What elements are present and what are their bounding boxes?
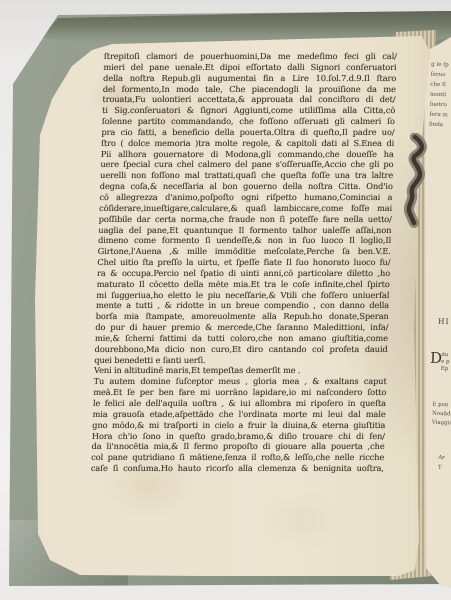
text-line: uerelli non foſſono mal trattati,quaſi c…	[100, 170, 393, 181]
facing-page-heading-fragment: HI	[438, 318, 450, 325]
text-fragment: Ep	[441, 366, 451, 373]
text-line: pra cio fatti, a beneficio della pouerta…	[101, 127, 394, 138]
text-line: da li'nnocētia mia,& Il fermo propoſto d…	[91, 441, 384, 452]
text-line: ra & occupa.Percio nel ſpatio di uinti a…	[97, 268, 390, 279]
page-text: ſtrepitoſi clamori de pouerhuomini,Da me…	[91, 51, 397, 474]
text-line: quei benedetti e ſanti uerſi.	[94, 355, 387, 366]
facing-page-text-fragments: g le ſp ſeruo che ſi monti ſuetro ſeru m…	[429, 62, 451, 133]
text-line: cō allegrezza d'animo,poſpoſto ogni riſp…	[99, 192, 392, 203]
facing-page-text-fragments: Ar T	[438, 455, 451, 475]
text-line: uaglia del pane,Et quantunque Il forment…	[98, 225, 391, 236]
text-line: uere ſpecial cura chel calmero del pane …	[100, 159, 393, 170]
text-line: della noſtra Repub.gli augumentai fin a …	[103, 73, 396, 84]
text-line: Girtone,l'Auena ,& mille immōditie meſco…	[98, 246, 391, 257]
text-line: Chel uitio ſta preſſo la uirtu, et ſpeſſ…	[97, 257, 390, 268]
text-line: le felici ale dell'aquila uoſtra , & iui…	[93, 398, 386, 409]
text-line: ſtrepitoſi clamori de pouerhuomini,Da me…	[104, 51, 397, 62]
text-line: mi ſuggeriua,ho eletto le piu neceſſarie…	[96, 290, 389, 301]
text-line: mente a tutti , & ridotte in un breue co…	[96, 300, 389, 311]
text-line: Tu autem domine ſuſceptor meus , gloria …	[93, 376, 386, 387]
text-line: mie,& ſcherni fattimi da tutti coloro,ch…	[95, 333, 388, 344]
text-line: ſtro ( dolce memoria )tra molte regole, …	[101, 138, 394, 149]
photo-background: g le ſp ſeruo che ſi monti ſuetro ſeru m…	[0, 0, 451, 600]
text-fragment: finda	[429, 122, 450, 133]
text-line: borſa mia ſtampate, amoreuolmente alla R…	[95, 311, 388, 322]
text-line: dimeno come formento ſi uendeſſe,& non i…	[98, 235, 391, 246]
text-line: degna coſa,& neceſſaria al bon gouerno d…	[100, 181, 393, 192]
text-line: mieri del pane uenale.Et dipoi eſſortato…	[103, 62, 396, 73]
text-line: maturato Il cōcetto della mēte mia.Et tr…	[97, 279, 390, 290]
facing-page-text-fragments: du e p Ep	[441, 352, 451, 373]
text-line: cōſiderare,inueſtigare,calculare,& quaſi…	[99, 203, 392, 214]
text-line: ti Sig.conſeruatori & ſignori Aggiunti,c…	[102, 105, 395, 116]
text-line: meā.Et ſe per ben fare mi uorrāno lapida…	[93, 387, 386, 398]
text-line: Veni in altitudinē maris,Et tempeſtas de…	[94, 365, 387, 376]
text-line: col pane qutridiano ſi mātiene,ſenza il …	[91, 452, 384, 463]
text-line: do pur di hauer premio & mercede,Che ſar…	[95, 322, 388, 333]
text-line: caſe ſi conſuma.Ho hauto ricorſo alla cl…	[91, 463, 384, 474]
text-fragment: Ar	[438, 455, 451, 465]
text-fragment: T	[438, 465, 451, 475]
text-line: poſſibile dar certa norma,che fraude non…	[99, 214, 392, 225]
text-line: gno mōdo,& mi traſporti in cielo a fruir…	[92, 420, 385, 431]
text-line: trouata,Fu uolontieri accettata,& approu…	[102, 94, 395, 105]
text-line: mia grauoſa etade,aſpettādo che l'ordina…	[92, 409, 385, 420]
text-line: ſolenne partito commandando, che foſſono…	[102, 116, 395, 127]
text-fragment: ſuetro	[429, 102, 450, 113]
text-fragment: Viaggio	[432, 420, 451, 430]
text-line: del formento,In modo tale, Che piacendog…	[103, 84, 396, 95]
facing-page-text-fragments: E pon Nouādo Viaggio	[432, 402, 451, 430]
text-line: Hora ch'io ſono in queſto grado,bramo,& …	[92, 431, 385, 442]
text-line: dourebbono,Ma dicio non curo,Et diro can…	[94, 344, 387, 355]
damage-hole	[399, 133, 431, 228]
text-line: Pii allhora gouernatore di Modona,gli co…	[101, 149, 394, 160]
